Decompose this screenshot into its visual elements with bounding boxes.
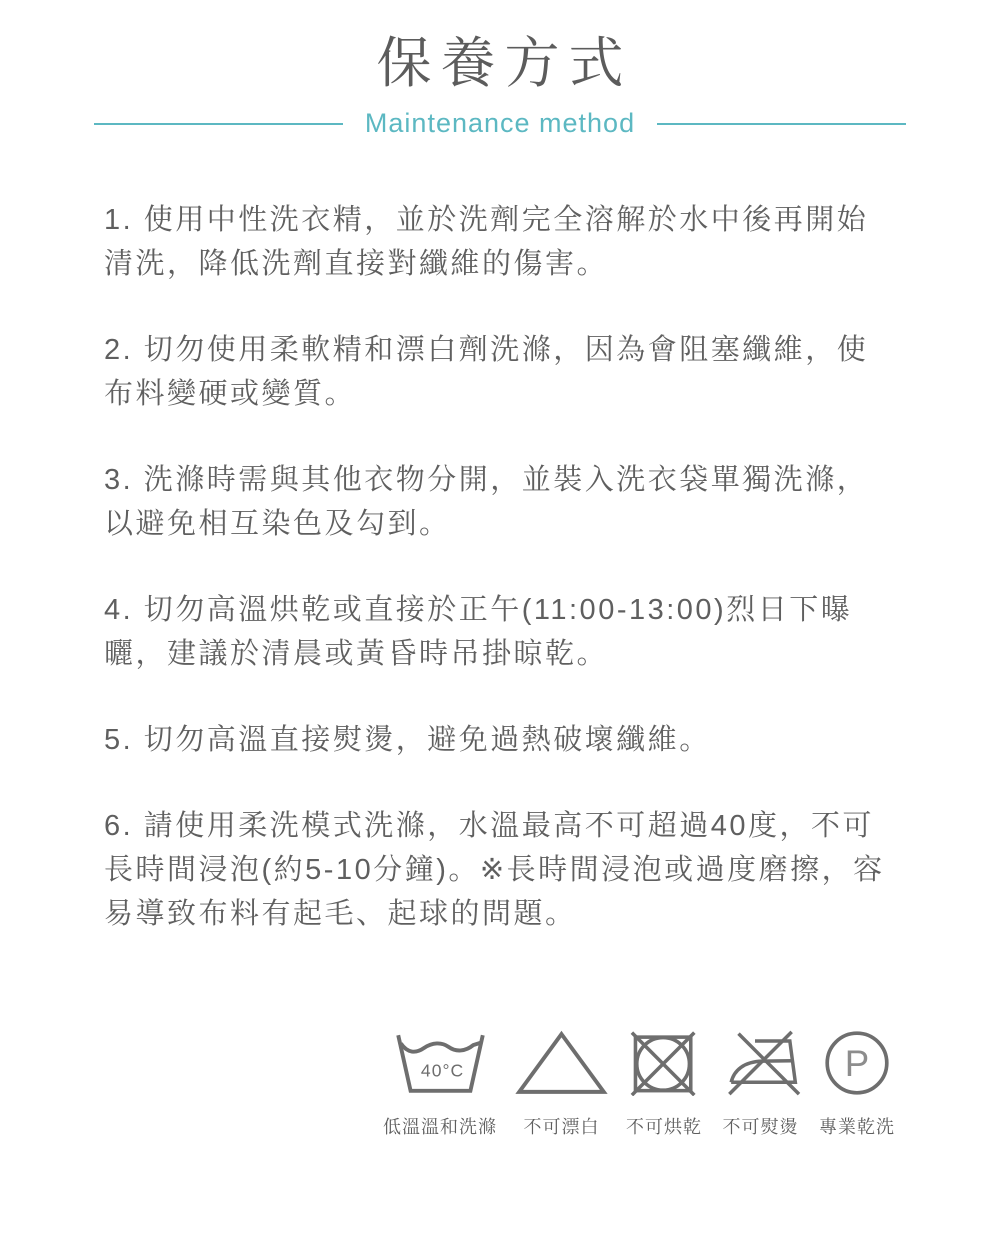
wash-tub-40c-icon: 40°C [394, 1030, 487, 1096]
care-symbol-wash: 40°C 低溫溫和洗滌 [383, 1030, 497, 1139]
care-symbol-no-tumble-dry: 不可烘乾 [626, 1030, 702, 1139]
symbol-label: 不可熨燙 [723, 1113, 799, 1139]
care-instruction-6: 6. 請使用柔洗模式洗滌，水溫最高不可超過40度，不可長時間浸泡(約5-10分鐘… [104, 804, 898, 936]
care-symbols-row: 40°C 低溫溫和洗滌 不可漂白 不可烘乾 不可熨燙 [105, 1030, 895, 1139]
dry-clean-letter: P [845, 1043, 869, 1084]
care-instruction-4: 4. 切勿高溫烘乾或直接於正午(11:00-13:00)烈日下曝曬，建議於清晨或… [104, 588, 898, 676]
subtitle-text: Maintenance method [365, 108, 635, 139]
care-symbol-dry-clean: P 專業乾洗 [819, 1030, 895, 1139]
care-instruction-3: 3. 洗滌時需與其他衣物分開，並裝入洗衣袋單獨洗滌，以避免相互染色及勾到。 [104, 458, 898, 546]
subtitle: Maintenance method [94, 108, 906, 139]
care-symbol-no-iron: 不可熨燙 [720, 1030, 801, 1139]
page-title: 保養方式 [0, 0, 1000, 94]
instruction-list: 1. 使用中性洗衣精，並於洗劑完全溶解於水中後再開始清洗，降低洗劑直接對纖維的傷… [104, 198, 898, 978]
subtitle-line-left [94, 123, 343, 125]
care-instruction-5: 5. 切勿高溫直接熨燙，避免過熱破壞纖維。 [104, 718, 898, 762]
symbol-label: 專業乾洗 [819, 1113, 895, 1139]
symbol-label: 低溫溫和洗滌 [383, 1113, 497, 1139]
care-instructions-page: 保養方式 Maintenance method 1. 使用中性洗衣精，並於洗劑完… [0, 0, 1000, 139]
no-iron-icon [720, 1030, 801, 1096]
symbol-label: 不可烘乾 [626, 1113, 702, 1139]
dry-clean-p-icon: P [824, 1030, 890, 1096]
subtitle-line-right [657, 123, 906, 125]
care-symbol-bleach: 不可漂白 [515, 1030, 608, 1139]
care-instruction-2: 2. 切勿使用柔軟精和漂白劑洗滌，因為會阻塞纖維，使布料變硬或變質。 [104, 328, 898, 416]
no-tumble-dry-icon [629, 1030, 699, 1096]
bleach-triangle-icon [515, 1030, 608, 1096]
wash-temperature-label: 40°C [420, 1060, 463, 1080]
symbol-label: 不可漂白 [524, 1113, 600, 1139]
care-instruction-1: 1. 使用中性洗衣精，並於洗劑完全溶解於水中後再開始清洗，降低洗劑直接對纖維的傷… [104, 198, 898, 286]
